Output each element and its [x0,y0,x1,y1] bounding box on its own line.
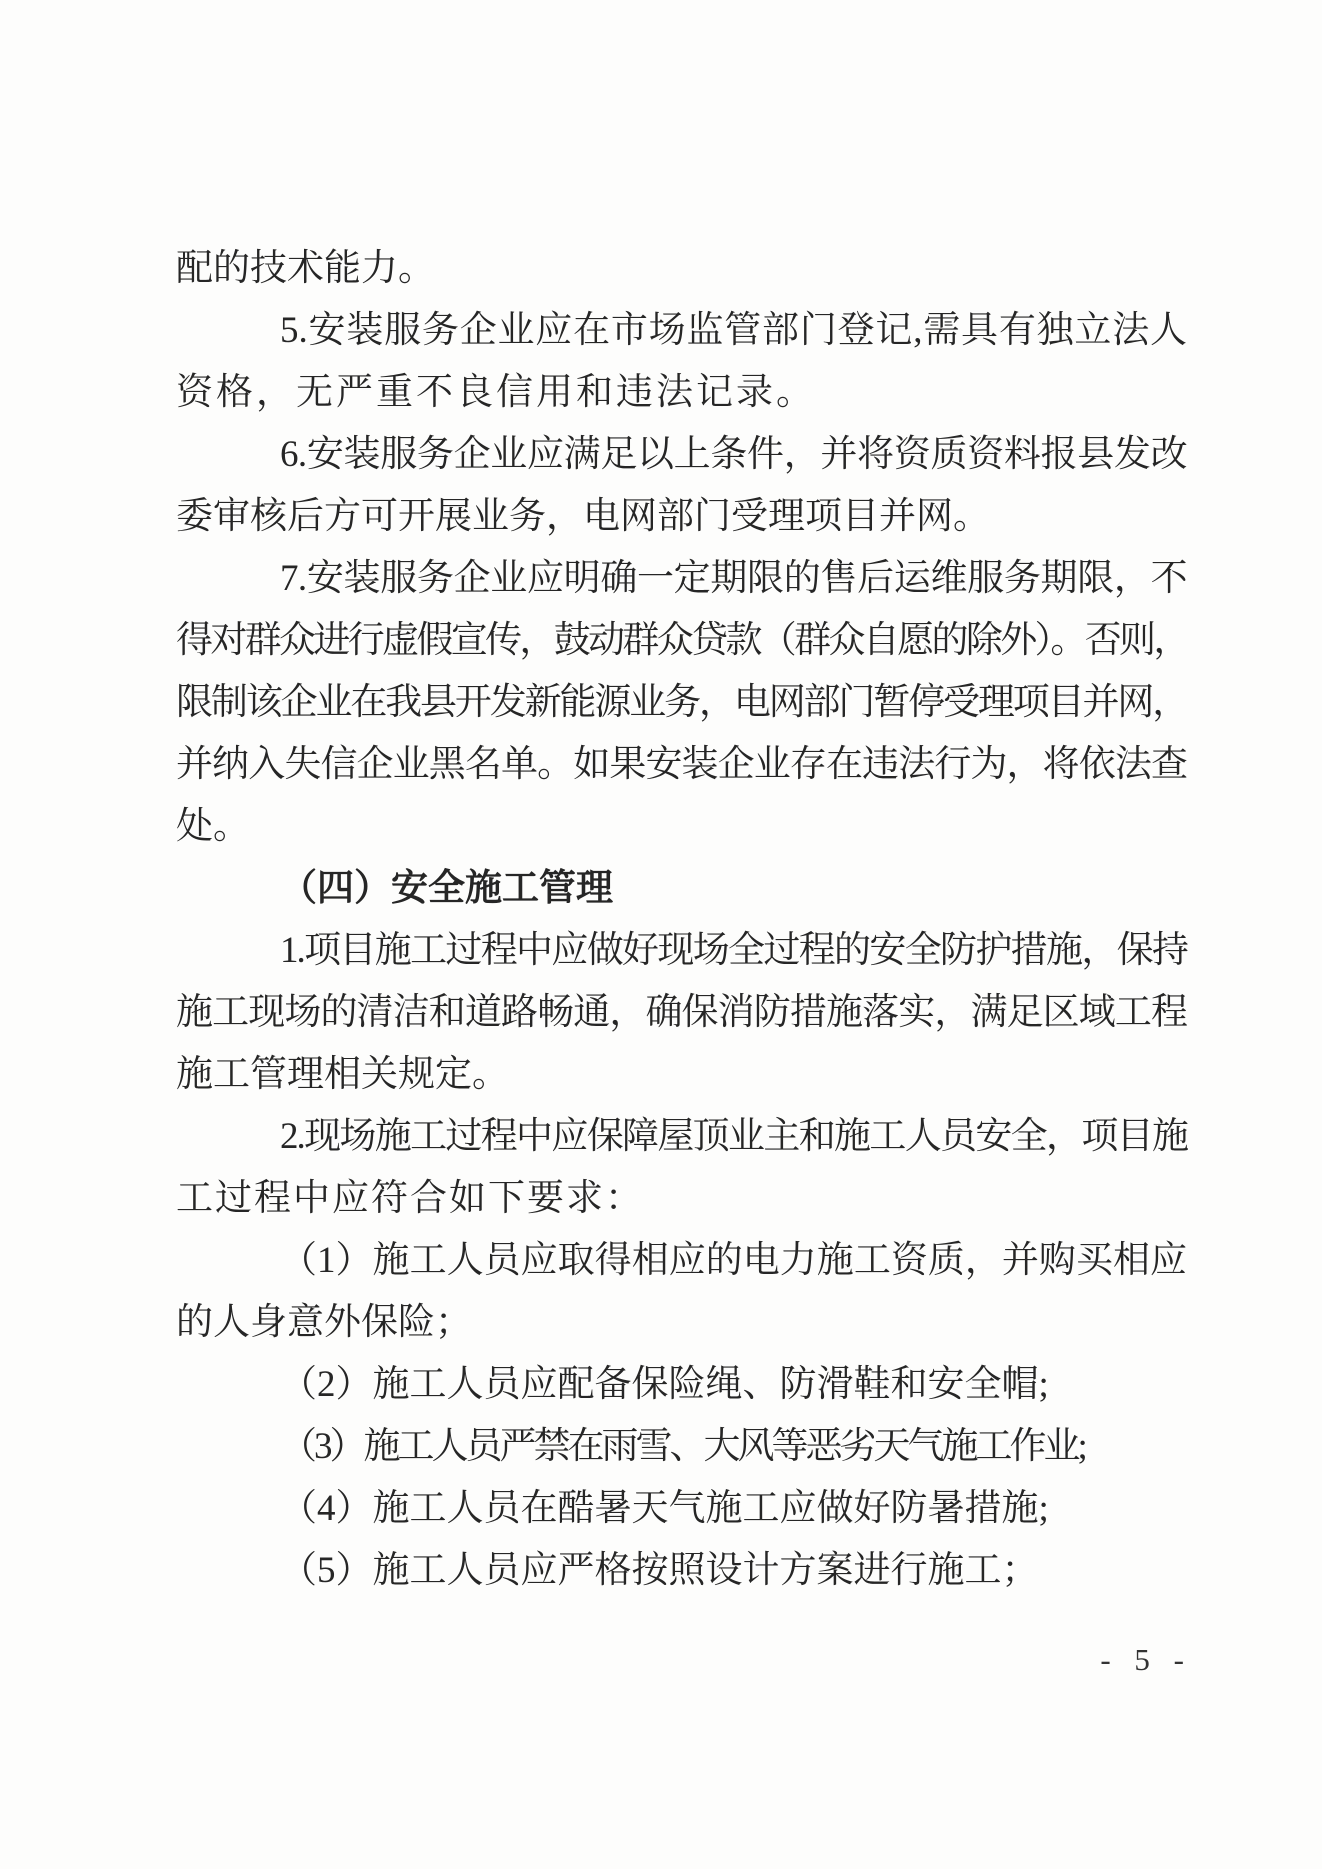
page-number: - 5 - [1100,1642,1192,1678]
doc-line: （5）施工人员应严格按照设计方案进行施工； [176,1540,1187,1602]
doc-line: 施工现场的清洁和道路畅通，确保消防措施落实，满足区域工程 [176,982,1187,1044]
doc-line: 处。 [176,796,1187,858]
doc-line: （1）施工人员应取得相应的电力施工资质，并购买相应 [176,1230,1187,1292]
doc-line: 委审核后方可开展业务，电网部门受理项目并网。 [176,486,1187,548]
doc-line: 并纳入失信企业黑名单。如果安装企业存在违法行为，将依法查 [176,734,1187,796]
doc-line: 得对群众进行虚假宣传，鼓动群众贷款（群众自愿的除外）。否则， [176,610,1187,672]
doc-line: 2.现场施工过程中应保障屋顶业主和施工人员安全，项目施 [176,1106,1187,1168]
section-heading: （四）安全施工管理 [176,858,1187,920]
document-body: 配的技术能力。 5.安装服务企业应在市场监管部门登记,需具有独立法人 资格，无严… [176,238,1187,1602]
doc-line: （3）施工人员严禁在雨雪、大风等恶劣天气施工作业; [176,1416,1187,1478]
doc-line: 施工管理相关规定。 [176,1044,1187,1106]
doc-line: 的人身意外保险； [176,1292,1187,1354]
document-page: 配的技术能力。 5.安装服务企业应在市场监管部门登记,需具有独立法人 资格，无严… [0,0,1322,1869]
doc-line: 6.安装服务企业应满足以上条件，并将资质资料报县发改 [176,424,1187,486]
doc-line: 7.安装服务企业应明确一定期限的售后运维服务期限，不 [176,548,1187,610]
doc-line: 5.安装服务企业应在市场监管部门登记,需具有独立法人 [176,300,1187,362]
doc-line: 资格，无严重不良信用和违法记录。 [176,362,1187,424]
doc-line: （2）施工人员应配备保险绳、防滑鞋和安全帽; [176,1354,1187,1416]
doc-line: 配的技术能力。 [176,238,1187,300]
doc-line: 限制该企业在我县开发新能源业务，电网部门暂停受理项目并网， [176,672,1187,734]
doc-line: 工过程中应符合如下要求： [176,1168,1187,1230]
doc-line: 1.项目施工过程中应做好现场全过程的安全防护措施，保持 [176,920,1187,982]
doc-line: （4）施工人员在酷暑天气施工应做好防暑措施; [176,1478,1187,1540]
